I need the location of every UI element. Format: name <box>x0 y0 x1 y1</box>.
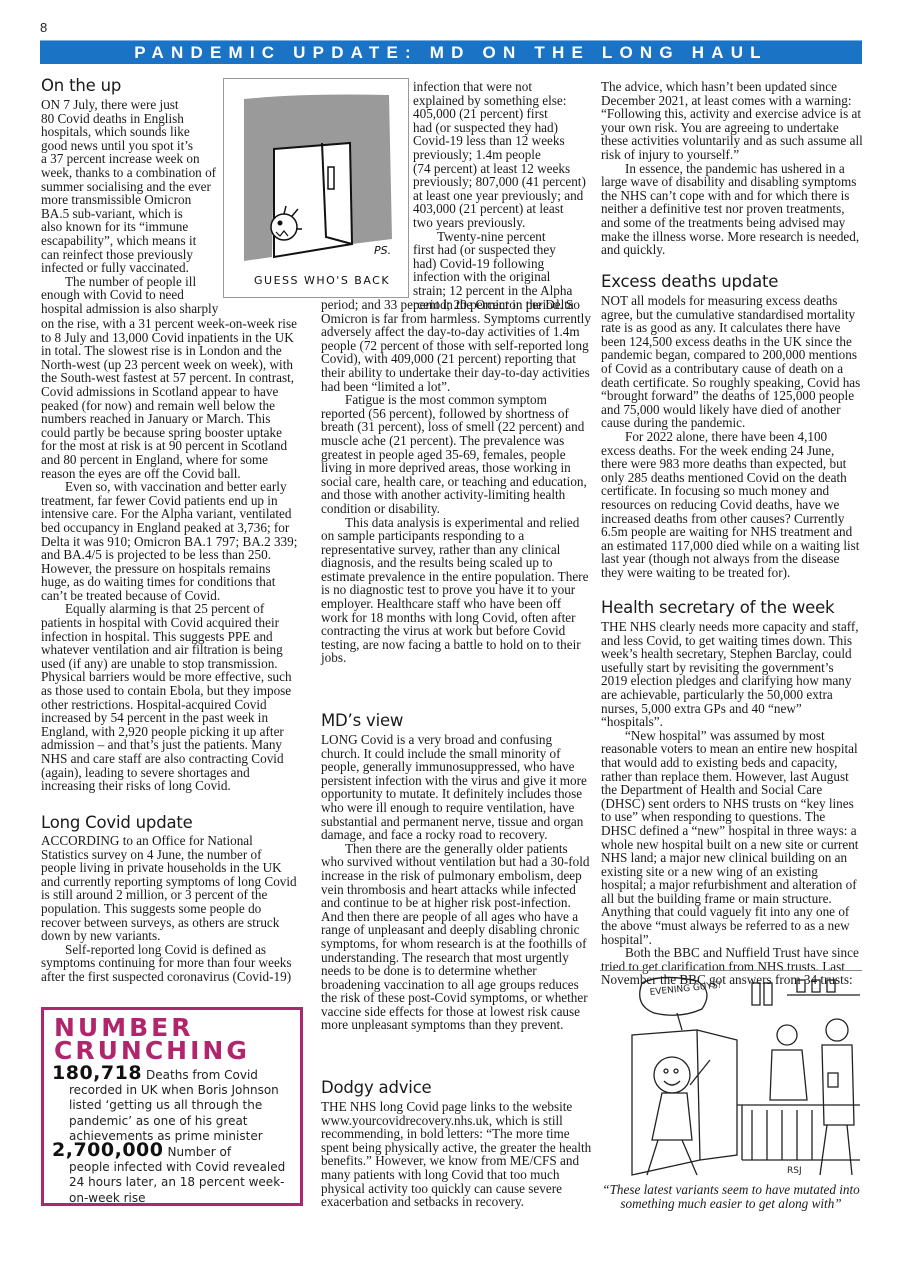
text-line: two years previously. <box>413 216 593 230</box>
stat-item: 2,700,000 Number of people infected with… <box>52 1143 292 1206</box>
long-covid-p2: Self-reported long Covid is defined as s… <box>41 943 299 984</box>
text-line: had (or suspected they had) <box>413 121 593 135</box>
on-the-up-p2-rest: on the rise, with a 31 percent week-on-w… <box>41 317 299 480</box>
on-the-up-body: on the rise, with a 31 percent week-on-w… <box>41 317 299 793</box>
virus-door-illustration-icon: PS. GUESS WHO'S BACK <box>224 79 408 297</box>
stat-desc-first: Number of <box>167 1145 231 1159</box>
dodgy-advice-p2: The advice, which hasn’t been updated si… <box>601 80 863 162</box>
health-secretary-p1: THE NHS clearly needs more capacity and … <box>601 620 863 729</box>
text-line: more transmissible Omicron <box>41 193 221 207</box>
excess-deaths-p2: For 2022 alone, there have been 4,100 ex… <box>601 430 863 580</box>
svg-text:PS.: PS. <box>374 244 391 257</box>
long-covid-col2-rest: period; and 33 percent in the Omicron pe… <box>321 298 591 393</box>
long-covid-col2-body: period; and 33 percent in the Omicron pe… <box>321 298 591 665</box>
long-covid-data: This data analysis is experimental and r… <box>321 516 591 666</box>
text-line: had) Covid-19 following <box>413 257 593 271</box>
text-line: summer socialising and the ever <box>41 180 221 194</box>
text-line: at least one year previously; and <box>413 189 593 203</box>
mds-view-body: LONG Covid is a very broad and confusing… <box>321 733 593 1032</box>
text-line: also known for its “immune <box>41 220 221 234</box>
heading-excess-deaths: Excess deaths update <box>601 272 778 291</box>
text-line: Covid-19 less than 12 weeks <box>413 134 593 148</box>
text-line: ON 7 July, there were just <box>41 98 221 112</box>
long-covid-body: ACCORDING to an Office for National Stat… <box>41 834 299 984</box>
long-covid-col2-intro: infection that were notexplained by some… <box>413 80 593 311</box>
svg-text:EVENING GUYS!: EVENING GUYS! <box>649 981 722 998</box>
text-line: enough with Covid to need <box>41 288 221 302</box>
svg-text:RSJ: RSJ <box>787 1166 802 1176</box>
text-line: strain; 12 percent in the Alpha <box>413 284 593 298</box>
long-covid-fatigue: Fatigue is the most common symptom repor… <box>321 393 591 515</box>
stat-number: 180,718 <box>52 1062 142 1084</box>
heading-dodgy-advice: Dodgy advice <box>321 1078 432 1097</box>
text-line: hospitals, which sounds like <box>41 125 221 139</box>
heading-health-secretary: Health secretary of the week <box>601 598 834 617</box>
long-covid-p1: ACCORDING to an Office for National Stat… <box>41 834 299 943</box>
number-crunching-title-2: CRUNCHING <box>54 1039 250 1063</box>
dodgy-advice-p3: In essence, the pandemic has ushered in … <box>601 162 863 257</box>
text-line: previously; 807,000 (41 percent) <box>413 175 593 189</box>
text-line: week, thanks to a combination of <box>41 166 221 180</box>
text-line: explained by something else: <box>413 94 593 108</box>
health-secretary-p2: “New hospital” was assumed by most reaso… <box>601 729 863 947</box>
cartoon-guess-whos-back: PS. GUESS WHO'S BACK <box>223 78 409 298</box>
excess-deaths-body: NOT all models for measuring excess deat… <box>601 294 863 579</box>
page-number: 8 <box>40 20 47 35</box>
stat-desc-first: Deaths from Covid <box>146 1068 258 1082</box>
on-the-up-p3: Even so, with vaccination and better ear… <box>41 480 299 602</box>
text-line: (74 percent) at least 12 weeks <box>413 162 593 176</box>
stat-item: 180,718 Deaths from Covid recorded in UK… <box>52 1066 292 1144</box>
cartoon-pub-variant: EVENING GUYS! RSJ <box>602 975 860 1183</box>
on-the-up-p4: Equally alarming is that 25 percent of p… <box>41 602 299 792</box>
section-banner: PANDEMIC UPDATE: MD ON THE LONG HAUL <box>40 41 862 64</box>
text-line: infection with the original <box>413 270 593 284</box>
stat-number: 2,700,000 <box>52 1139 163 1161</box>
text-line: Twenty-nine percent <box>413 230 593 244</box>
text-line: 80 Covid deaths in English <box>41 112 221 126</box>
stat-desc-rest: people infected with Covid revealed 24 h… <box>52 1160 292 1206</box>
svg-text:GUESS WHO'S BACK: GUESS WHO'S BACK <box>254 274 390 287</box>
text-line: good news until you spot it’s <box>41 139 221 153</box>
text-line: 403,000 (21 percent) at least <box>413 202 593 216</box>
heading-long-covid-update: Long Covid update <box>41 813 193 832</box>
text-line: The number of people ill <box>41 275 221 289</box>
dodgy-advice-p1: THE NHS long Covid page links to the web… <box>321 1100 593 1209</box>
text-line: first had (or suspected they <box>413 243 593 257</box>
divider <box>600 970 862 971</box>
text-line: hospital admission is also sharply <box>41 302 221 316</box>
text-line: previously; 1.4m people <box>413 148 593 162</box>
pub-virus-illustration-icon: EVENING GUYS! RSJ <box>602 975 860 1183</box>
dodgy-advice-body: THE NHS long Covid page links to the web… <box>321 1100 593 1209</box>
on-the-up-p2-start: The number of people illenough with Covi… <box>41 275 221 316</box>
text-line: 405,000 (21 percent) first <box>413 107 593 121</box>
stat-desc-rest: recorded in UK when Boris Johnson listed… <box>52 1083 292 1144</box>
text-line: can reinfect those previously <box>41 248 221 262</box>
text-line: infected or fully vaccinated. <box>41 261 221 275</box>
number-crunching-box: NUMBER CRUNCHING 180,718 Deaths from Cov… <box>41 1007 303 1206</box>
dodgy-advice-col3: The advice, which hasn’t been updated si… <box>601 80 863 257</box>
heading-mds-view: MD’s view <box>321 711 403 730</box>
on-the-up-p1: ON 7 July, there were just80 Covid death… <box>41 98 221 275</box>
long-covid-col2-p1: infection that were notexplained by some… <box>413 80 593 230</box>
health-secretary-body: THE NHS clearly needs more capacity and … <box>601 620 863 987</box>
text-line: BA.5 sub-variant, which is <box>41 207 221 221</box>
text-line: a 37 percent increase week on <box>41 152 221 166</box>
text-line: infection that were not <box>413 80 593 94</box>
cartoon-caption: “These latest variants seem to have muta… <box>600 1183 862 1211</box>
on-the-up-intro: ON 7 July, there were just80 Covid death… <box>41 98 221 316</box>
mds-view-p2: Then there are the generally older patie… <box>321 842 593 1032</box>
text-line: escapability”, which means it <box>41 234 221 248</box>
heading-on-the-up: On the up <box>41 76 121 95</box>
mds-view-p1: LONG Covid is a very broad and confusing… <box>321 733 593 842</box>
excess-deaths-p1: NOT all models for measuring excess deat… <box>601 294 863 430</box>
